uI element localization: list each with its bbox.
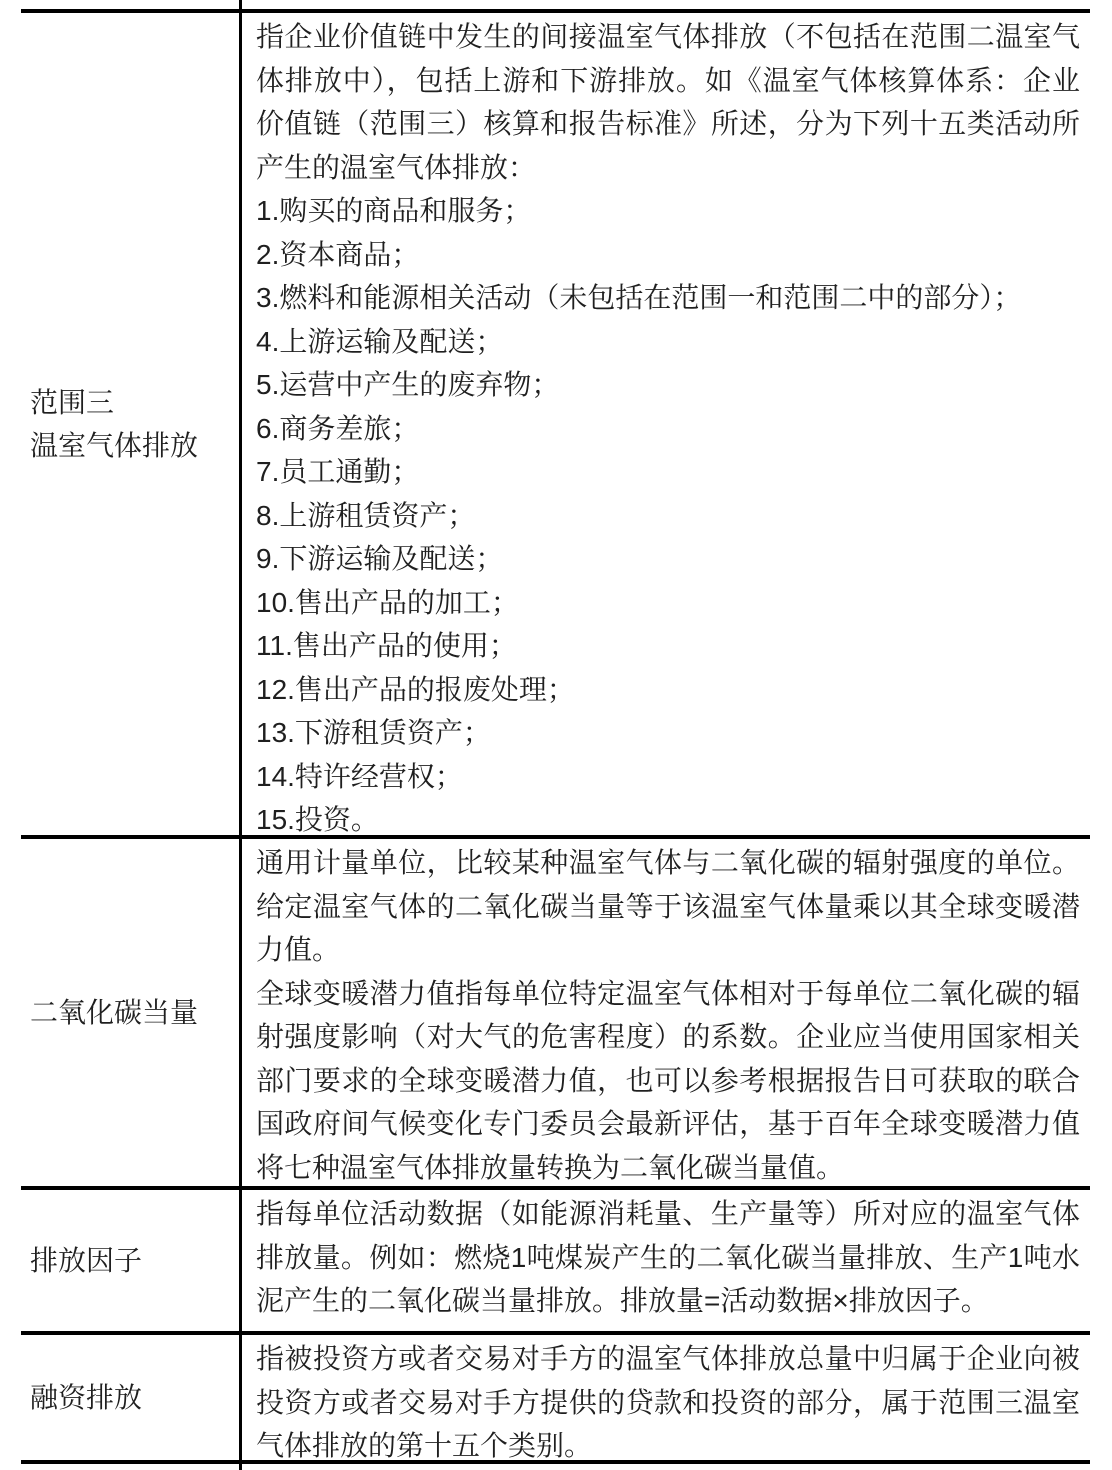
definition-cell-scope3: 指企业价值链中发生的间接温室气体排放（不包括在范围二温室气体排放中），包括上游和… [242, 13, 1090, 835]
document-page: 范围三 温室气体排放 指企业价值链中发生的间接温室气体排放（不包括在范围二温室气… [0, 0, 1112, 1470]
term-cell-partial-top [21, 0, 242, 9]
term-label-emission-factor: 排放因子 [30, 1239, 142, 1283]
scope3-category-item: 7.员工通勤； [256, 450, 1080, 494]
term-label-scope3: 范围三 温室气体排放 [30, 381, 198, 468]
table-row-scope3: 范围三 温室气体排放 指企业价值链中发生的间接温室气体排放（不包括在范围二温室气… [21, 13, 1090, 839]
table-row-partial-top [21, 0, 1090, 13]
scope3-category-item: 8.上游租赁资产； [256, 494, 1080, 538]
term-label-co2e: 二氧化碳当量 [30, 991, 198, 1035]
table-row-co2e: 二氧化碳当量 通用计量单位，比较某种温室气体与二氧化碳的辐射强度的单位。给定温室… [21, 839, 1090, 1190]
term-cell-scope3: 范围三 温室气体排放 [21, 13, 242, 835]
scope3-category-item: 2.资本商品； [256, 233, 1080, 277]
definition-paragraph: 通用计量单位，比较某种温室气体与二氧化碳的辐射强度的单位。给定温室气体的二氧化碳… [256, 841, 1080, 972]
definition-paragraph: 指被投资方或者交易对手方的温室气体排放总量中归属于企业向被投资方或者交易对手方提… [256, 1337, 1080, 1460]
scope3-category-item: 6.商务差旅； [256, 407, 1080, 451]
definition-cell-emission-factor: 指每单位活动数据（如能源消耗量、生产量等）所对应的温室气体排放量。例如：燃烧1吨… [242, 1190, 1090, 1331]
definition-cell-partial-bottom [242, 1464, 1090, 1470]
definition-paragraph: 全球变暖潜力值指每单位特定温室气体相对于每单位二氧化碳的辐射强度影响（对大气的危… [256, 972, 1080, 1187]
scope3-category-item: 9.下游运输及配送； [256, 537, 1080, 581]
scope3-category-item: 14.特许经营权； [256, 755, 1080, 799]
term-cell-co2e: 二氧化碳当量 [21, 839, 242, 1186]
term-cell-financed-emissions: 融资排放 [21, 1335, 242, 1460]
scope3-category-item: 4.上游运输及配送； [256, 320, 1080, 364]
definition-cell-co2e: 通用计量单位，比较某种温室气体与二氧化碳的辐射强度的单位。给定温室气体的二氧化碳… [242, 839, 1090, 1186]
definition-cell-partial-top [242, 0, 1090, 9]
scope3-category-item: 3.燃料和能源相关活动（未包括在范围一和范围二中的部分）； [256, 276, 1080, 320]
glossary-table: 范围三 温室气体排放 指企业价值链中发生的间接温室气体排放（不包括在范围二温室气… [21, 0, 1090, 1470]
definition-paragraph: 指企业价值链中发生的间接温室气体排放（不包括在范围二温室气体排放中），包括上游和… [256, 15, 1080, 189]
scope3-category-item: 13.下游租赁资产； [256, 711, 1080, 755]
scope3-category-item: 12.售出产品的报废处理； [256, 668, 1080, 712]
term-cell-emission-factor: 排放因子 [21, 1190, 242, 1331]
term-cell-partial-bottom [21, 1464, 242, 1470]
definition-paragraph: 指每单位活动数据（如能源消耗量、生产量等）所对应的温室气体排放量。例如：燃烧1吨… [256, 1192, 1080, 1323]
scope3-category-item: 1.购买的商品和服务； [256, 189, 1080, 233]
scope3-category-item: 15.投资。 [256, 798, 1080, 835]
table-row-emission-factor: 排放因子 指每单位活动数据（如能源消耗量、生产量等）所对应的温室气体排放量。例如… [21, 1190, 1090, 1335]
scope3-category-item: 5.运营中产生的废弃物； [256, 363, 1080, 407]
scope3-category-item: 10.售出产品的加工； [256, 581, 1080, 625]
scope3-category-item: 11.售出产品的使用； [256, 624, 1080, 668]
term-label-financed-emissions: 融资排放 [30, 1376, 142, 1420]
table-row-financed-emissions: 融资排放 指被投资方或者交易对手方的温室气体排放总量中归属于企业向被投资方或者交… [21, 1335, 1090, 1464]
definition-cell-financed-emissions: 指被投资方或者交易对手方的温室气体排放总量中归属于企业向被投资方或者交易对手方提… [242, 1335, 1090, 1460]
table-row-partial-bottom [21, 1464, 1090, 1470]
